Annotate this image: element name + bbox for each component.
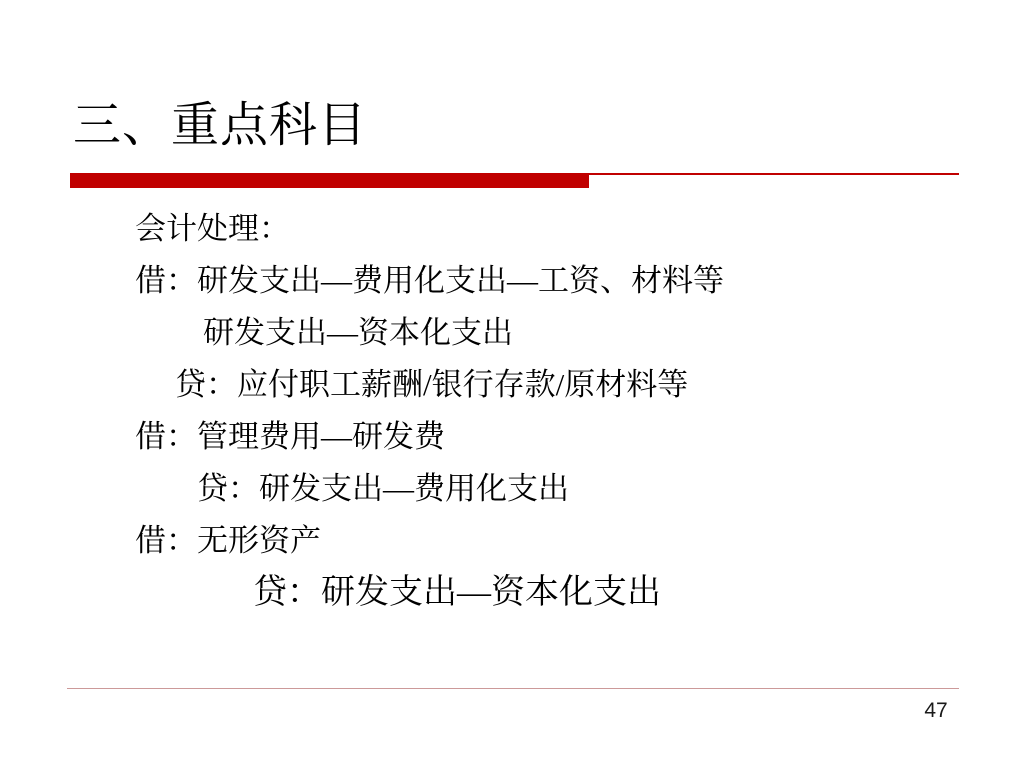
- slide-body: 会计处理： 借：研发支出—费用化支出—工资、材料等 研发支出—资本化支出 贷：应…: [0, 203, 1024, 619]
- slide-title: 三、重点科目: [73, 96, 367, 156]
- title-underline-bar: [70, 173, 589, 188]
- body-line-debit-admin-expense: 借：管理费用—研发费: [0, 411, 1024, 463]
- body-line-credit-payables: 贷：应付职工薪酬/银行存款/原材料等: [0, 359, 1024, 411]
- body-line-debit-intangible-assets: 借：无形资产: [0, 515, 1024, 567]
- footer-divider-line: [67, 688, 959, 689]
- body-line-accounting-treatment: 会计处理：: [0, 203, 1024, 255]
- title-underline-rule: [589, 173, 959, 175]
- body-line-rd-capitalized: 研发支出—资本化支出: [0, 307, 1024, 359]
- body-line-credit-rd-expensed: 贷：研发支出—费用化支出: [0, 463, 1024, 515]
- page-number: 47: [916, 699, 956, 723]
- body-line-debit-rd-expensed: 借：研发支出—费用化支出—工资、材料等: [0, 255, 1024, 307]
- presentation-slide: 三、重点科目 会计处理： 借：研发支出—费用化支出—工资、材料等 研发支出—资本…: [0, 0, 1024, 768]
- body-line-credit-rd-capitalized: 贷：研发支出—资本化支出: [0, 567, 1024, 619]
